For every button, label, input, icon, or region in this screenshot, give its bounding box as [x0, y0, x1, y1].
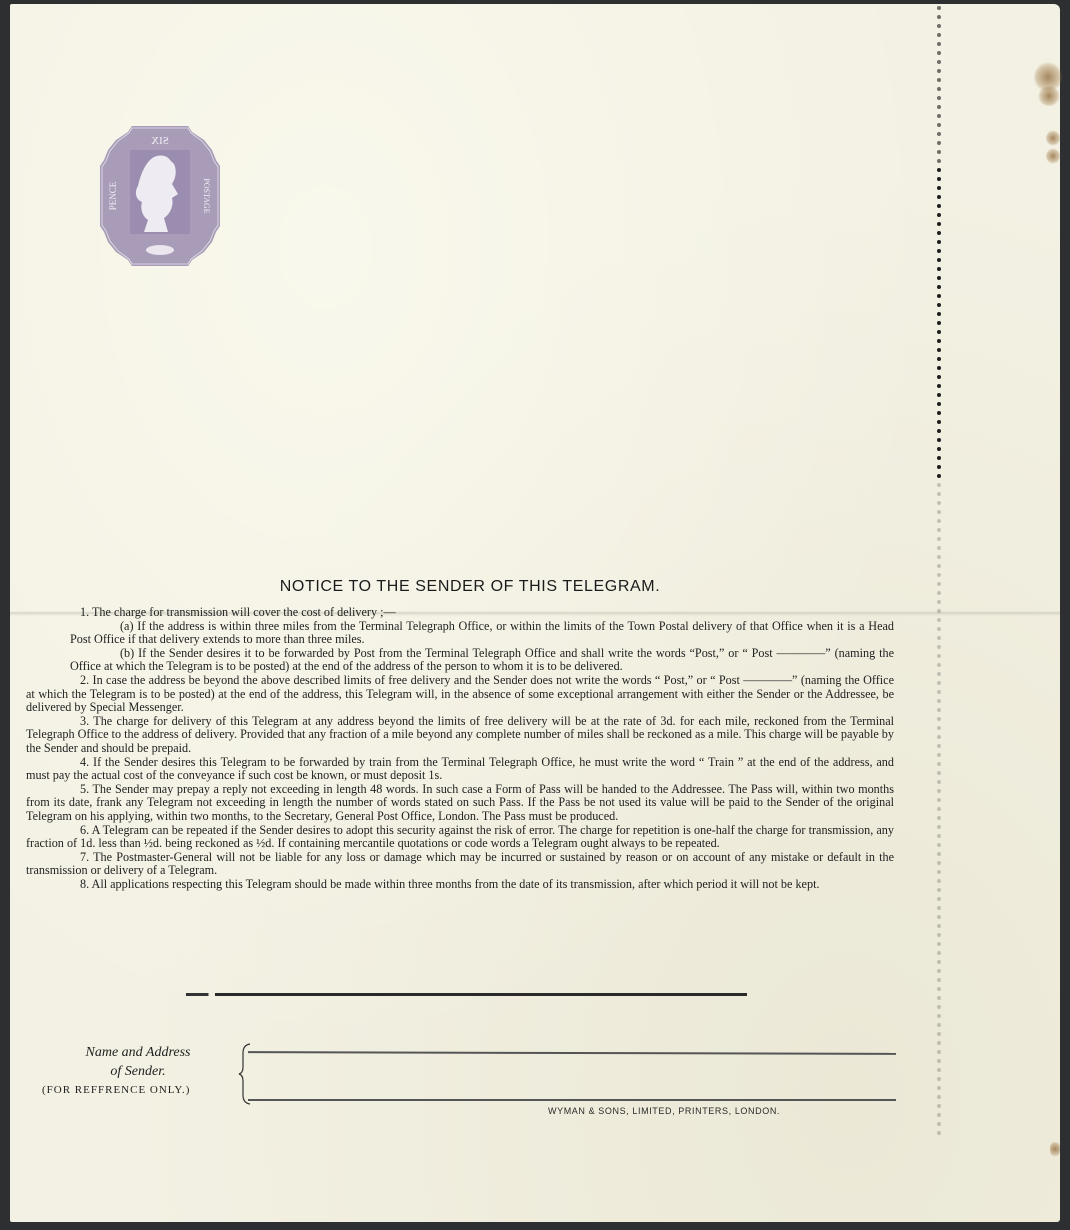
clause: 7. The Postmaster-General will not be li…: [26, 851, 894, 878]
clause: 5. The Sender may prepay a reply not exc…: [26, 783, 894, 824]
printer-imprint: WYMAN & SONS, LIMITED, PRINTERS, LONDON.: [548, 1106, 780, 1116]
clause-sub-a: (a) If the address is within three miles…: [26, 620, 894, 647]
sender-label: Name and Address of Sender. (FOR REFFREN…: [40, 1043, 236, 1100]
perforation-line[interactable]: [936, 6, 942, 1146]
svg-text:PENCE: PENCE: [108, 181, 118, 210]
notice-clauses: 1. The charge for transmission will cove…: [26, 606, 894, 891]
clause: 2. In case the address be beyond the abo…: [26, 674, 894, 715]
svg-text:POSTAGE: POSTAGE: [202, 178, 211, 213]
sender-label-line1: Name and Address: [40, 1043, 236, 1062]
clause-sub-b: (b) If the Sender desires it to be forwa…: [26, 647, 894, 674]
svg-text:SIX: SIX: [151, 135, 169, 147]
foxing-stain: [1046, 148, 1060, 164]
foxing-stain: [1038, 86, 1060, 106]
sender-address-field[interactable]: [254, 1071, 894, 1101]
clause: 3. The charge for delivery of this Teleg…: [26, 715, 894, 756]
sender-name-field[interactable]: [254, 1025, 894, 1055]
sender-section: Name and Address of Sender. (FOR REFFREN…: [40, 1043, 920, 1113]
clause: 6. A Telegram can be repeated if the Sen…: [26, 824, 894, 851]
sender-label-line2: of Sender.: [40, 1062, 236, 1081]
clause: 8. All applications respecting this Tele…: [26, 878, 894, 892]
foxing-stain: [1046, 130, 1060, 146]
foxing-stain: [1050, 1140, 1060, 1158]
clause: 4. If the Sender desires this Telegram t…: [26, 756, 894, 783]
section-divider-rule: [186, 993, 747, 996]
notice-title: NOTICE TO THE SENDER OF THIS TELEGRAM.: [0, 578, 940, 596]
clause: 1. The charge for transmission will cove…: [26, 606, 894, 620]
sender-label-note: (FOR REFFRENCE ONLY.): [40, 1081, 236, 1100]
embossed-stamp-icon: SIX PENCE POSTAGE: [98, 124, 222, 268]
